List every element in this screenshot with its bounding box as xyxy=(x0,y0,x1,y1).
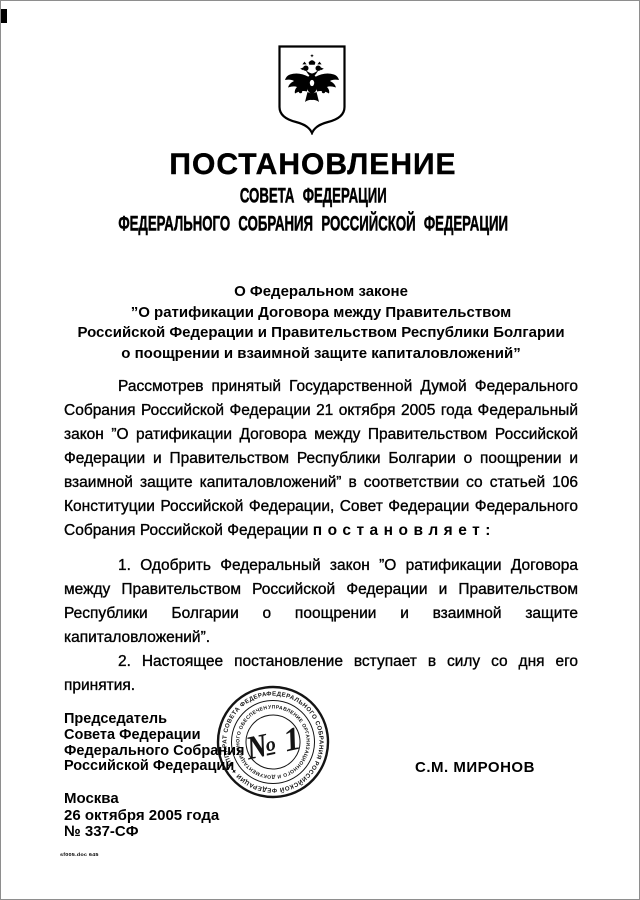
issuance-city: Москва xyxy=(64,791,219,808)
document-subtitle-line2: ФЕДЕРАЛЬНОГО СОБРАНИЯ РОССИЙСКОЙ ФЕДЕРАЦ… xyxy=(0,213,633,238)
document-page: ПОСТАНОВЛЕНИЕ СОВЕТА ФЕДЕРАЦИИ ФЕДЕРАЛЬН… xyxy=(0,0,640,900)
issuance-number: № 337-СФ xyxy=(64,824,219,841)
document-heading: ПОСТАНОВЛЕНИЕ СОВЕТА ФЕДЕРАЦИИ ФЕДЕРАЛЬН… xyxy=(0,148,633,237)
footer-file-note: sf005.doc 645 xyxy=(60,852,99,857)
preamble-paragraph: Рассмотрев принятый Государственной Думо… xyxy=(64,375,578,543)
signatory-name: С.М. МИРОНОВ xyxy=(415,759,535,776)
document-subject: О Федеральном законе ”О ратификации Дого… xyxy=(64,282,578,364)
document-title: ПОСТАНОВЛЕНИЕ xyxy=(0,148,633,182)
document-subtitle-line1: СОВЕТА ФЕДЕРАЦИИ xyxy=(0,185,633,210)
registration-stamp: ФЕДЕРАЛЬНОГО СОБРАНИЯ РОССИЙСКОЙ ФЕДЕРАЦ… xyxy=(198,667,348,817)
subject-line: О Федеральном законе xyxy=(64,282,578,303)
subject-line: Российской Федерации и Правительством Ре… xyxy=(64,323,578,344)
resolution-item-1: 1. Одобрить Федеральный закон ”О ратифик… xyxy=(64,554,578,650)
document-body: Рассмотрев принятый Государственной Думо… xyxy=(64,375,578,698)
subject-line: ”О ратификации Договора между Правительс… xyxy=(64,303,578,324)
resolves-emphasis: постановляет: xyxy=(313,522,496,539)
russia-coat-of-arms-icon xyxy=(278,45,346,135)
stamp-number: № 1 xyxy=(242,721,304,768)
scan-artifact xyxy=(1,9,7,23)
subject-line: о поощрении и взаимной защите капиталовл… xyxy=(64,344,578,365)
issuance-date: 26 октября 2005 года xyxy=(64,808,219,825)
issuance-block: Москва 26 октября 2005 года № 337-СФ xyxy=(64,791,219,841)
